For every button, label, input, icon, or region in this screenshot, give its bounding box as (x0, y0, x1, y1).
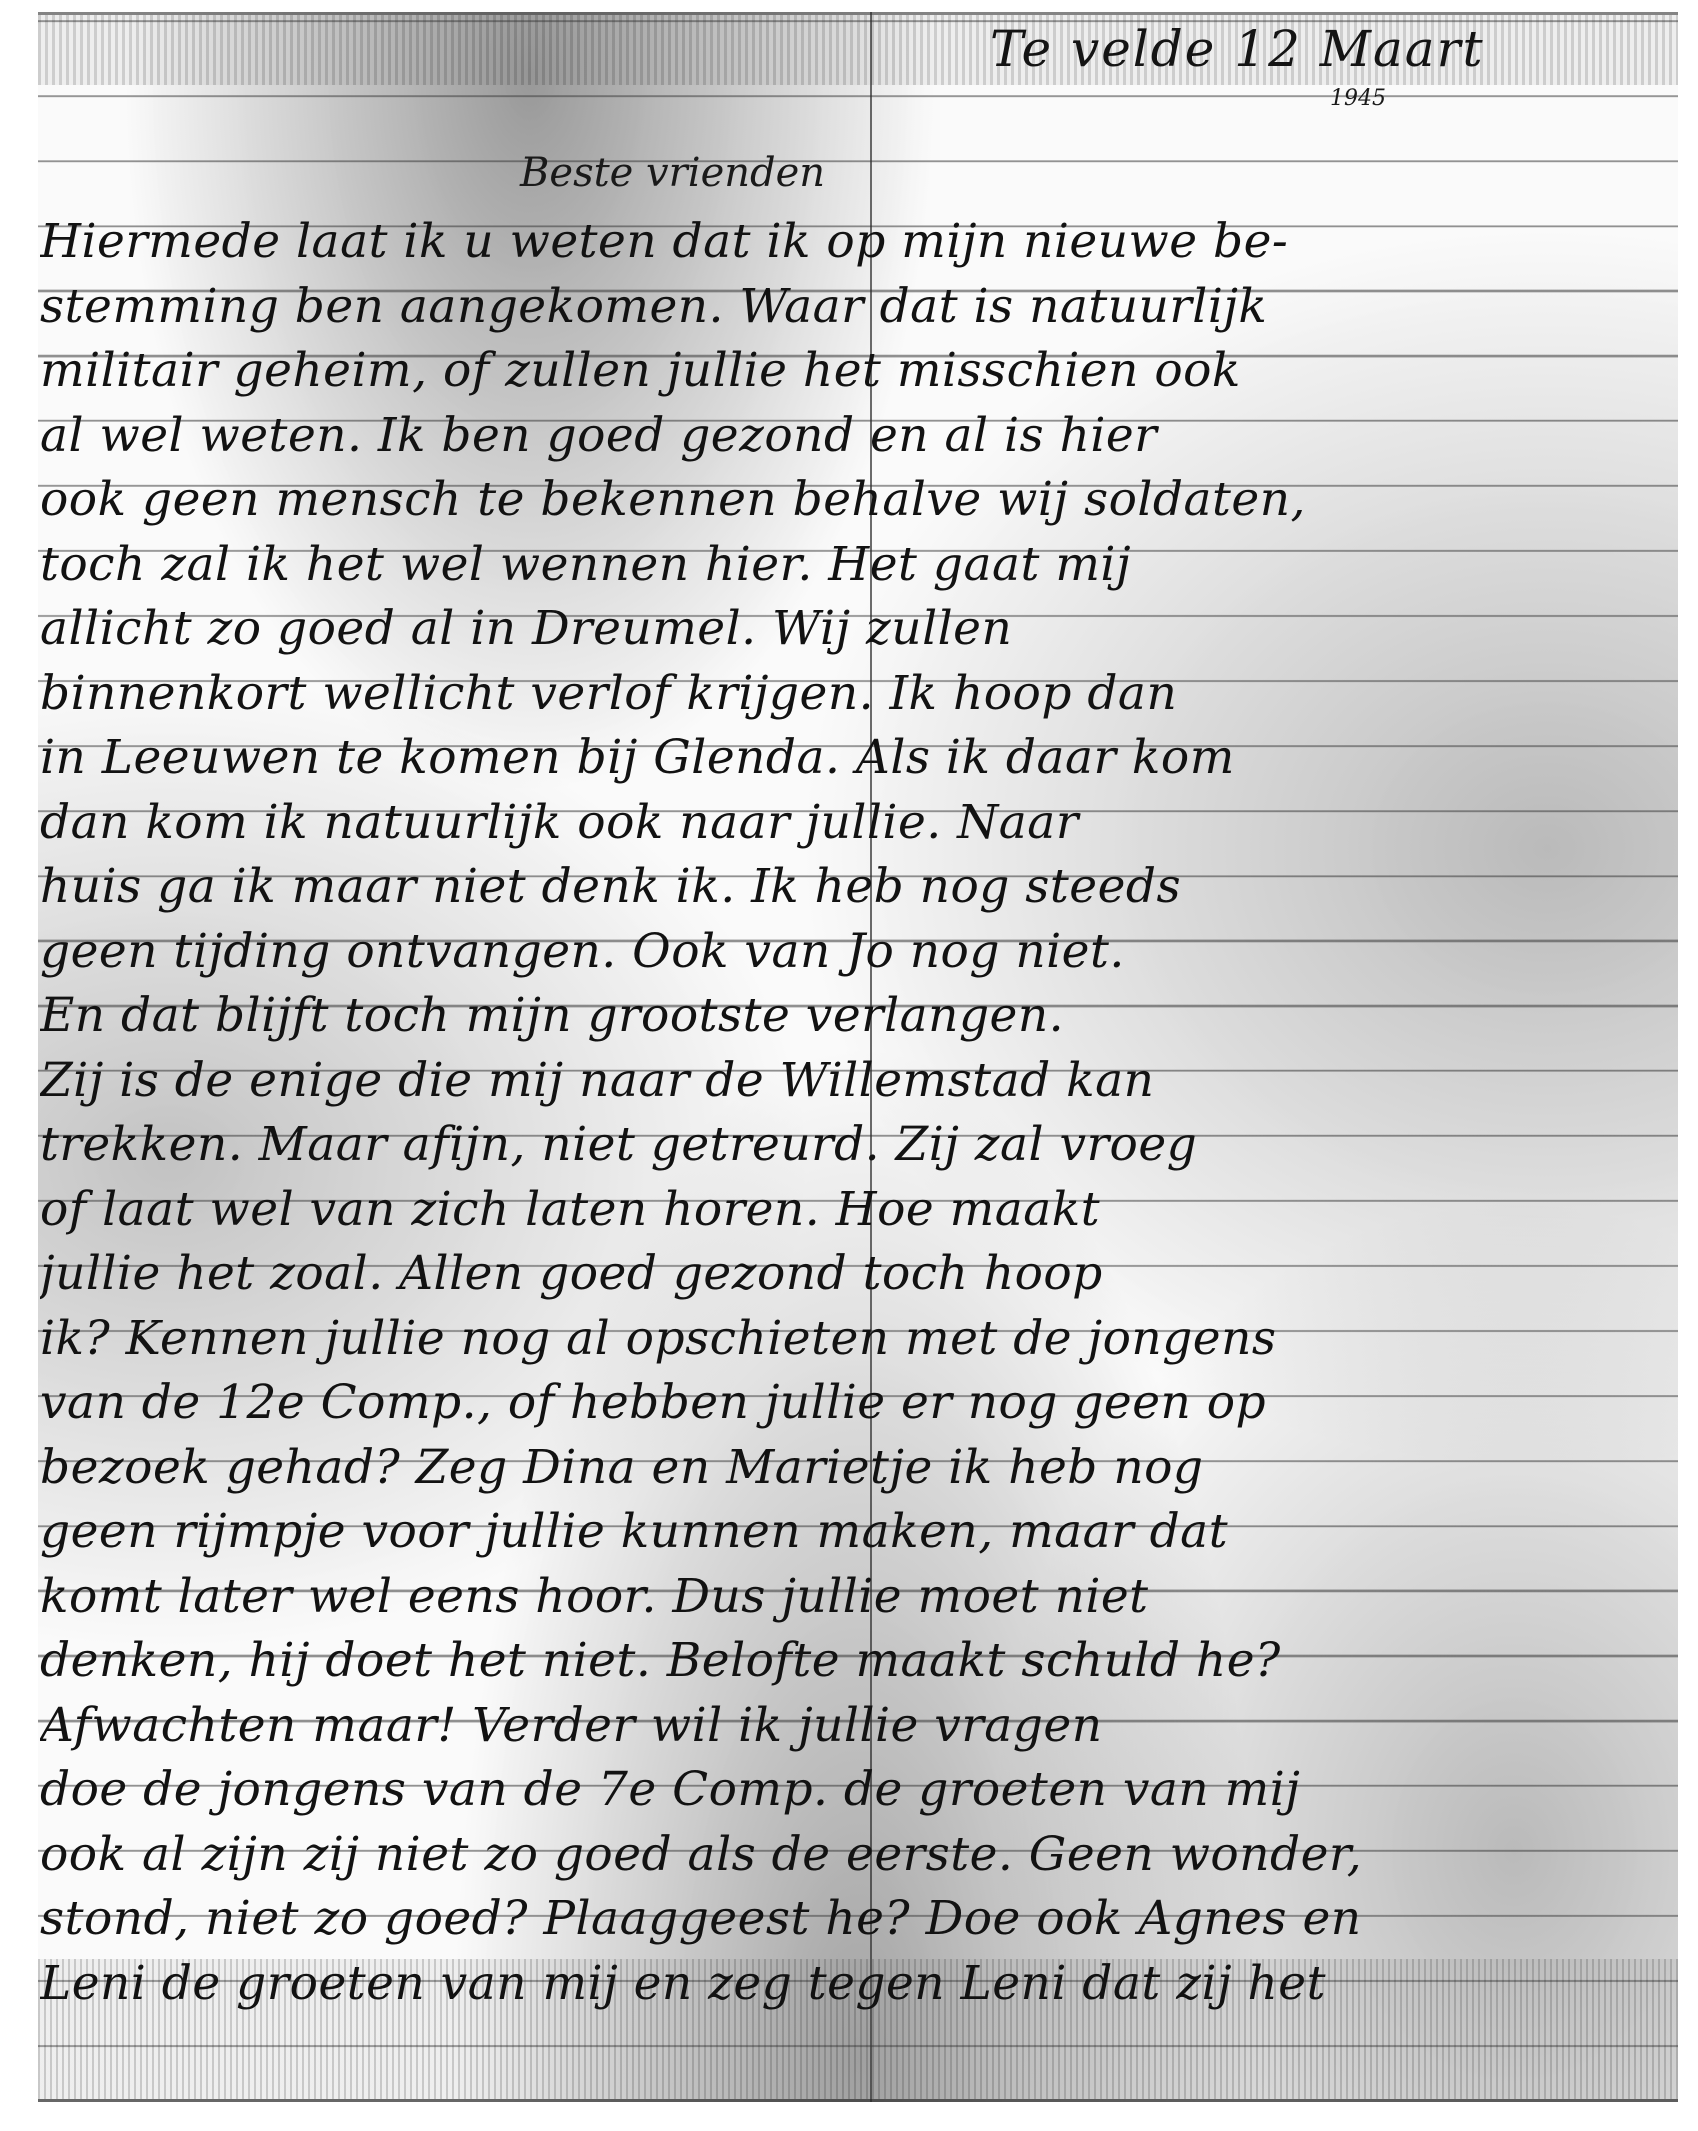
letter-line: ook al zijn zij niet zo goed als de eers… (40, 1823, 1660, 1888)
letter-line: Hiermede laat ik u weten dat ik op mijn … (40, 210, 1660, 275)
letter-body: Hiermede laat ik u weten dat ik op mijn … (40, 210, 1660, 2016)
letter-line: ook geen mensch te bekennen behalve wij … (40, 468, 1660, 533)
letter-place-date: Te velde 12 Maart (990, 20, 1485, 78)
letter-line: binnenkort wellicht verlof krijgen. Ik h… (40, 662, 1660, 727)
letter-line: Leni de groeten van mij en zeg tegen Len… (40, 1952, 1660, 2017)
letter-line: allicht zo goed al in Dreumel. Wij zulle… (40, 597, 1660, 662)
letter-line: in Leeuwen te komen bij Glenda. Als ik d… (40, 726, 1660, 791)
letter-line: dan kom ik natuurlijk ook naar jullie. N… (40, 791, 1660, 856)
letter-line: geen rijmpje voor jullie kunnen maken, m… (40, 1500, 1660, 1565)
letter-line: van de 12e Comp., of hebben jullie er no… (40, 1371, 1660, 1436)
letter-line: trekken. Maar afijn, niet getreurd. Zij … (40, 1113, 1660, 1178)
letter-line: Afwachten maar! Verder wil ik jullie vra… (40, 1694, 1660, 1759)
letter-line: bezoek gehad? Zeg Dina en Marietje ik he… (40, 1436, 1660, 1501)
letter-line: komt later wel eens hoor. Dus jullie moe… (40, 1565, 1660, 1630)
letter-line: stemming ben aangekomen. Waar dat is nat… (40, 275, 1660, 340)
letter-line: militair geheim, of zullen jullie het mi… (40, 339, 1660, 404)
letter-line: Zij is de enige die mij naar de Willemst… (40, 1049, 1660, 1114)
letter-year: 1945 (1330, 86, 1386, 111)
letter-line: denken, hij doet het niet. Belofte maakt… (40, 1629, 1660, 1694)
letter-line: doe de jongens van de 7e Comp. de groete… (40, 1758, 1660, 1823)
letter-line: jullie het zoal. Allen goed gezond toch … (40, 1242, 1660, 1307)
letter-line: stond, niet zo goed? Plaaggeest he? Doe … (40, 1887, 1660, 1952)
letter-salutation: Beste vrienden (520, 150, 825, 196)
letter-line: geen tijding ontvangen. Ook van Jo nog n… (40, 920, 1660, 985)
letter-line: En dat blijft toch mijn grootste verlang… (40, 984, 1660, 1049)
letter-line: of laat wel van zich laten horen. Hoe ma… (40, 1178, 1660, 1243)
letter-line: ik? Kennen jullie nog al opschieten met … (40, 1307, 1660, 1372)
letter-line: huis ga ik maar niet denk ik. Ik heb nog… (40, 855, 1660, 920)
letter-line: al wel weten. Ik ben goed gezond en al i… (40, 404, 1660, 469)
letter-line: toch zal ik het wel wennen hier. Het gaa… (40, 533, 1660, 598)
